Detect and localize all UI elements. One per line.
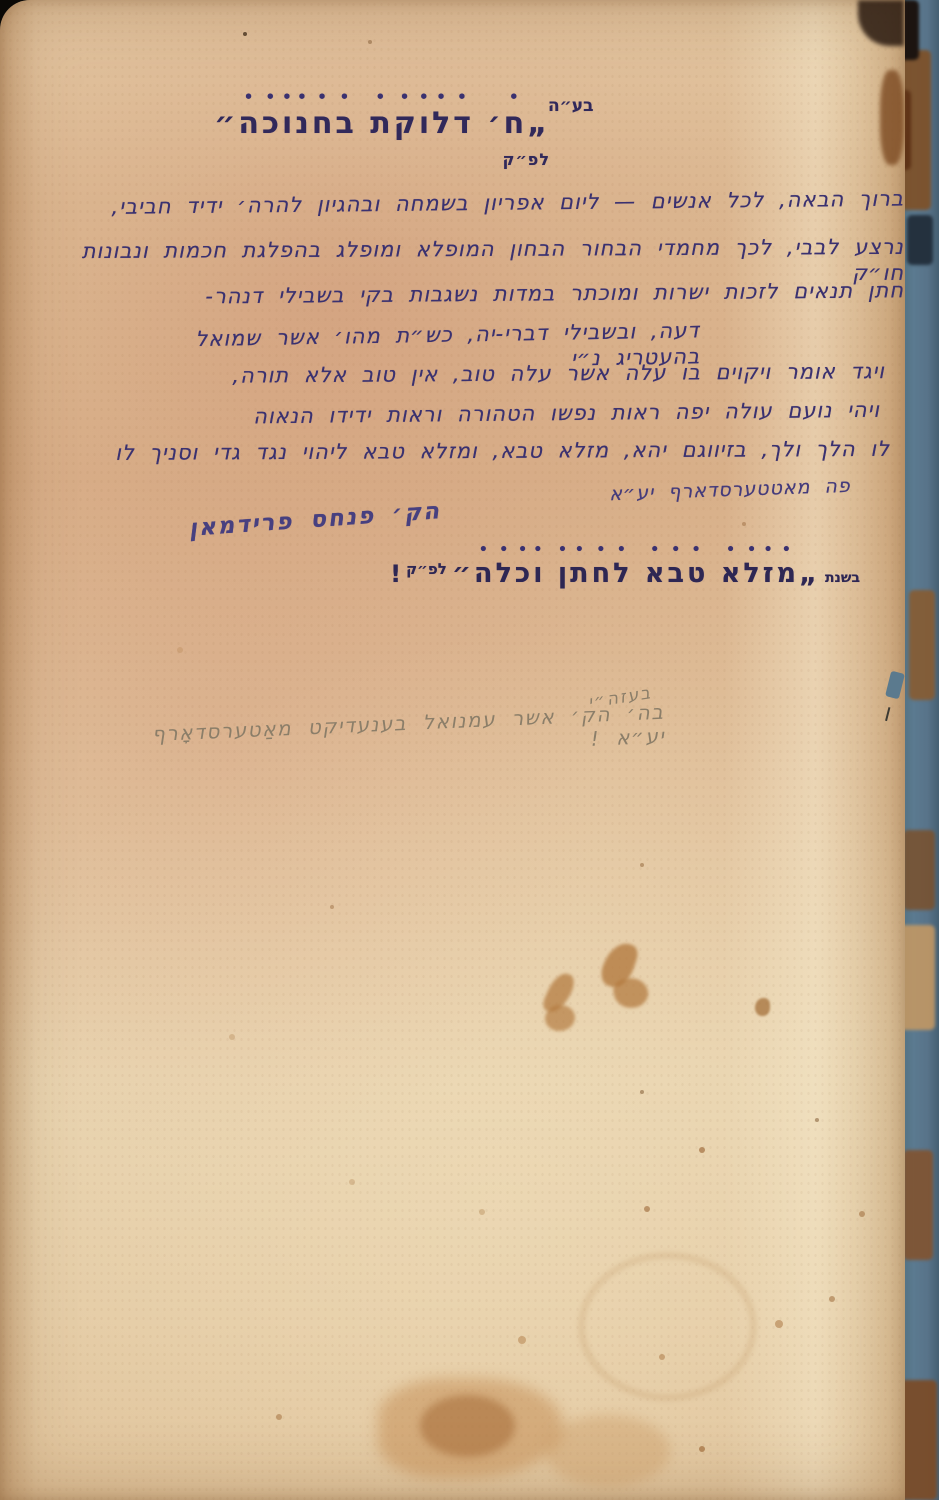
foxing-stain [755, 998, 770, 1016]
festive-chronogram-line: בשנת „מזלא טבא לחתן וכלה״ לפ״ק ! [375, 542, 860, 591]
title-era-abbreviation: לפ״ק [503, 150, 550, 169]
manuscript-page: בע״ה „ח׳ דלוקת בחנוכה״ לפ״ק ברוך הבאה, ל… [0, 0, 905, 1500]
paper-specks [0, 0, 4, 4]
corner-wear-rust [880, 70, 904, 165]
water-ring-stain [578, 1252, 757, 1401]
foxing-stain [611, 975, 650, 1011]
cover-wear-patch [909, 590, 935, 700]
manuscript-photo: בע״ה „ח׳ דלוקת בחנוכה״ לפ״ק ברוך הבאה, ל… [0, 0, 939, 1500]
festive-exclamation: ! [390, 560, 401, 588]
body-line-1: ברוך הבאה, לכל אנשים — ליום אפריון בשמחה… [52, 186, 904, 221]
festive-main-text: „מזלא טבא לחתן וכלה״ [452, 558, 820, 589]
body-line-5: ויגד אומר ויקוים בו עלה אשר עלה טוב, אין… [60, 358, 885, 390]
body-line-6: ויהי נועם עולה יפה ראות נפשו הטהורה וראו… [70, 397, 880, 432]
bottom-stain [545, 1415, 670, 1487]
corner-wear-dark [858, 0, 904, 46]
foxing-stain [598, 938, 641, 991]
bottom-stain-core [420, 1395, 515, 1457]
foxing-stain [543, 1003, 576, 1033]
header-bsd-abbreviation: בע״ה [548, 96, 593, 117]
body-line-7: לו הלך ולך, בזיווגם יהא, מזלא טבא, ומזלא… [55, 436, 890, 467]
cover-wear-patch [903, 830, 935, 910]
pencil-owner-inscription: בה׳ הק׳ אשר עמנואל בענעדיקט מאַטערסדאָרף… [99, 700, 666, 773]
page-title: „ח׳ דלוקת בחנוכה״ לפ״ק [170, 88, 550, 180]
cover-wear-patch [903, 1150, 933, 1260]
festive-era-abbreviation: לפ״ק [406, 560, 447, 578]
title-main-text: „ח׳ דלוקת בחנוכה״ [214, 106, 550, 141]
foxing-stain [540, 969, 577, 1016]
bottom-stain [378, 1378, 563, 1478]
cover-wear-patch [907, 215, 933, 265]
place-line: פה מאטטערסדארף יע״א [590, 474, 871, 508]
author-signature: הק׳ פנחס פרידמאן [164, 496, 465, 546]
festive-prefix: בשנת [825, 570, 860, 586]
